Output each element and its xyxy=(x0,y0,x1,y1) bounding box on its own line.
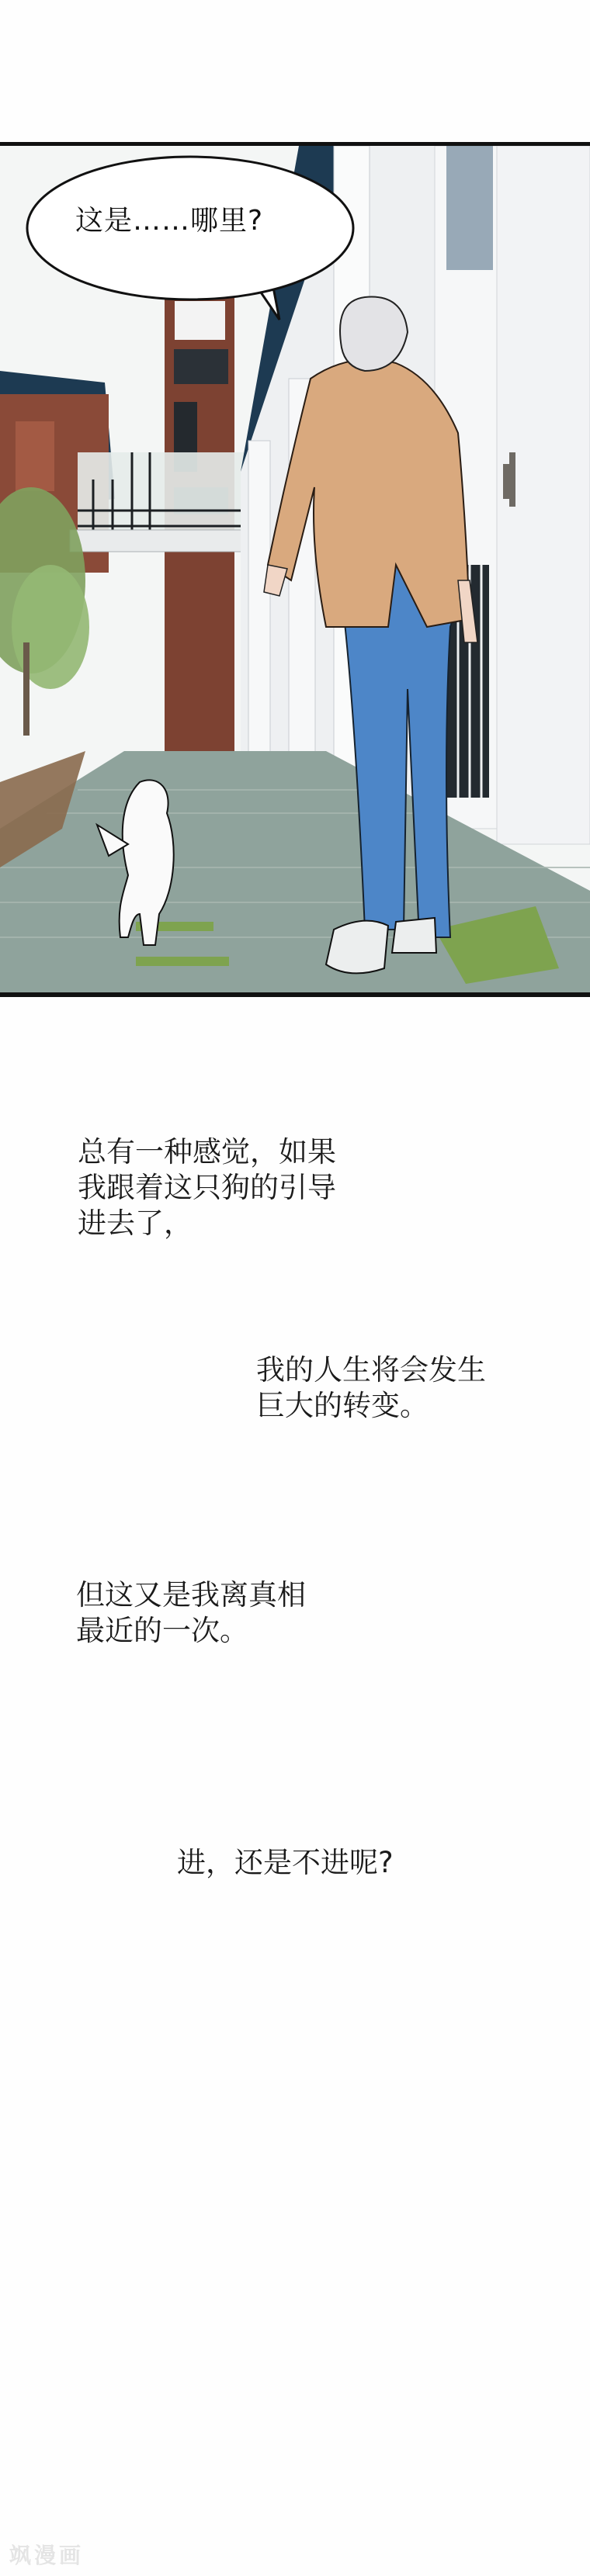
street-scene-illustration xyxy=(0,146,590,992)
narration-1: 总有一种感觉，如果 我跟着这只狗的引导 进去了， xyxy=(78,1134,336,1241)
speech-bubble-text: 这是……哪里? xyxy=(75,199,263,238)
narration-3: 但这又是我离真相 最近的一次。 xyxy=(76,1577,306,1649)
watermark-logo: 飒漫画 xyxy=(9,2539,84,2570)
comic-panel: 这是……哪里? xyxy=(0,142,590,997)
narration-4: 进，还是不进呢? xyxy=(177,1845,394,1881)
left-shoe xyxy=(326,921,388,974)
narration-2: 我的人生将会发生 巨大的转变。 xyxy=(256,1352,486,1424)
right-shoe xyxy=(392,918,436,953)
